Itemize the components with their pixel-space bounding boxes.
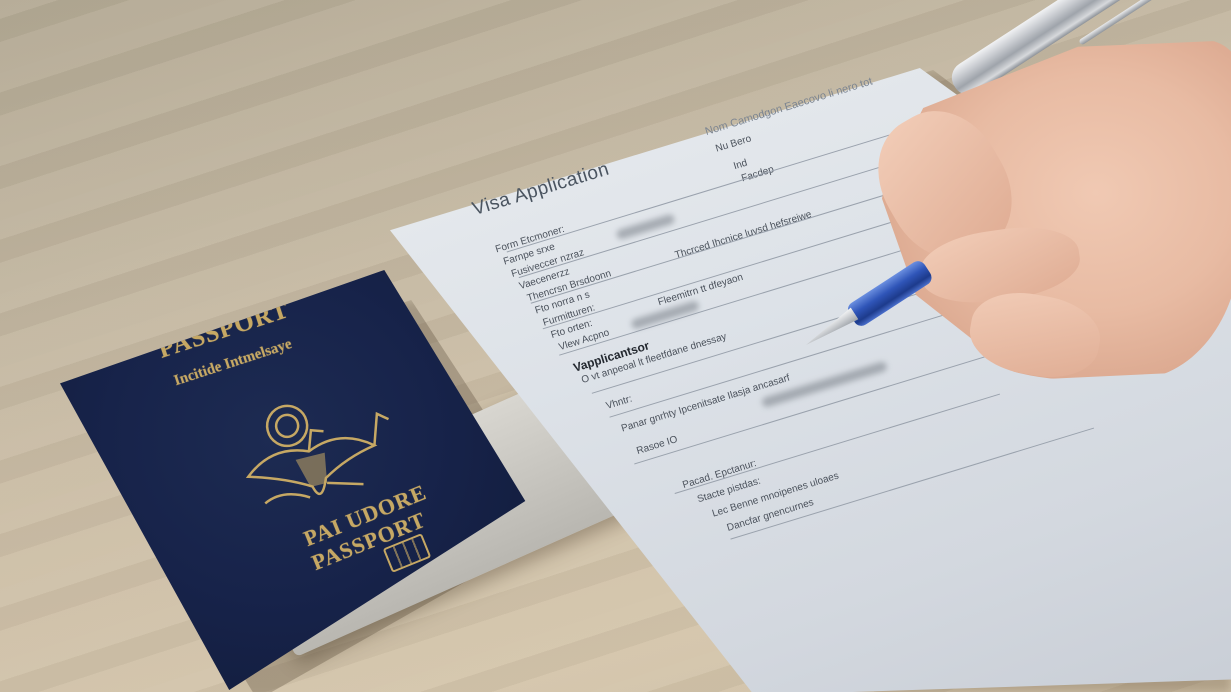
form-field-label: Vhntr: [605,394,634,412]
form-field-label: Ind [732,158,749,173]
form-rule [730,428,1094,540]
passport-cover: PASSPORT Incitide Intmelsaye PAI UDORE P… [60,270,530,690]
redacted-field [615,213,675,240]
form-field-label: Thcrced Ihcnice luvsd hefsreiwe [674,209,813,261]
form-title: Visa Application [470,159,612,222]
form-field-label: Rasoe IO [635,434,679,457]
form-field-label: Nu Bero [714,133,752,154]
form-header-right: Nom Camodgon Eaecovo li nero tot [704,76,874,138]
